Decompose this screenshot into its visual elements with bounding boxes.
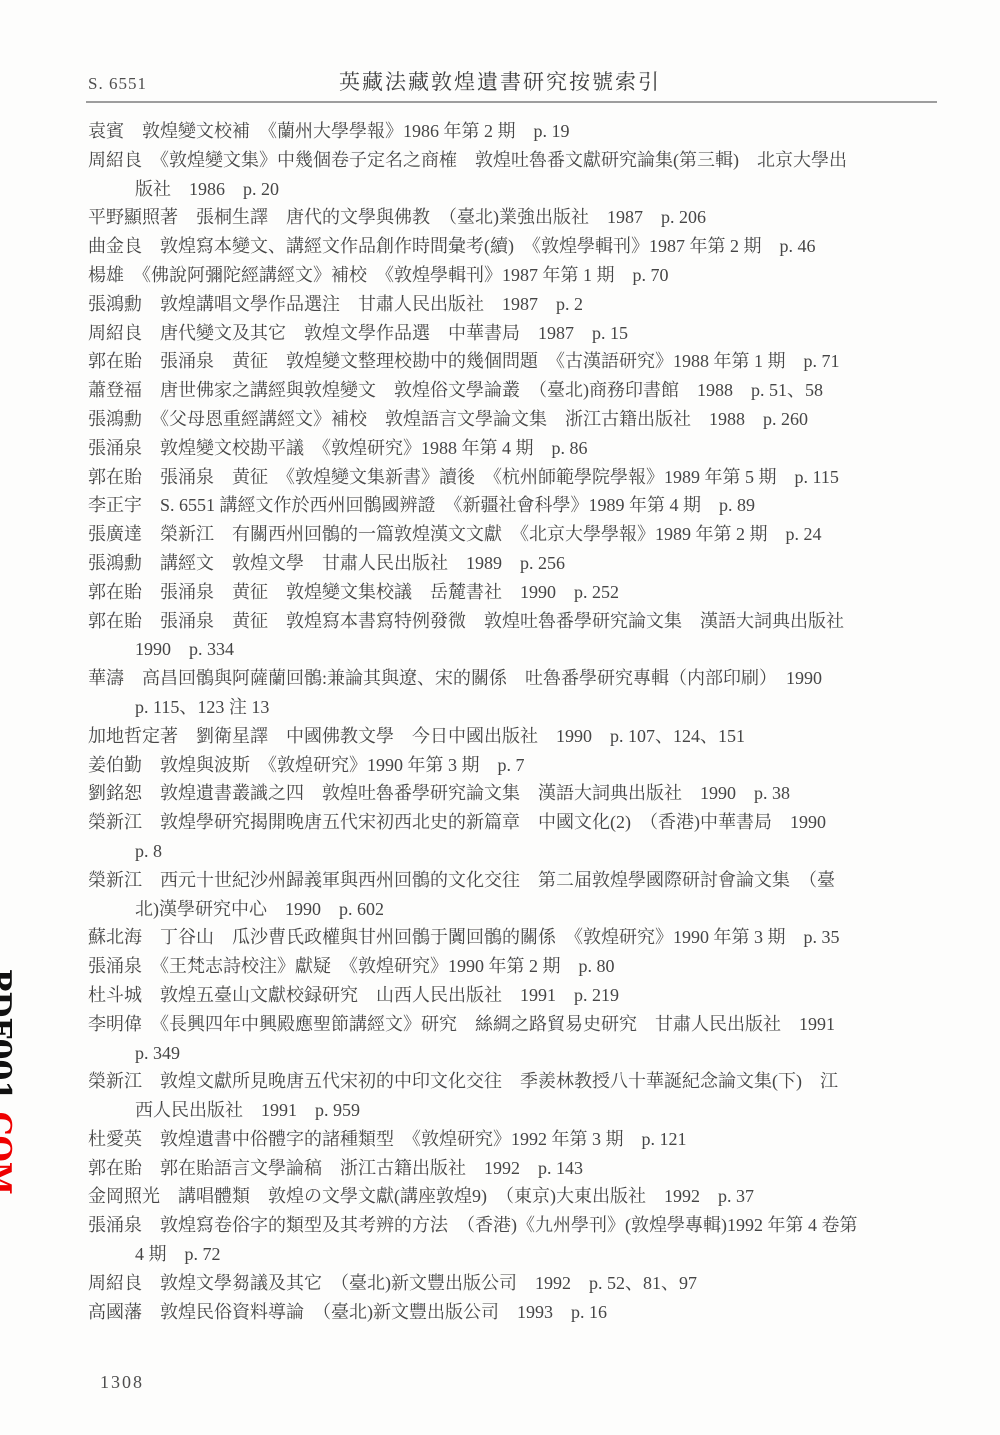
header-divider — [86, 101, 937, 103]
bibliography-entry: 張涌泉 敦煌變文校勘平議 《敦煌研究》1988 年第 4 期 p. 86 — [88, 434, 968, 463]
bibliography-entry: 姜伯勤 敦煌與波斯 《敦煌研究》1990 年第 3 期 p. 7 — [88, 751, 968, 780]
entry-continuation-line: p. 115、123 注 13 — [88, 693, 968, 722]
bibliography-entry: 蕭登福 唐世佛家之講經與敦煌變文 敦煌俗文學論叢 （臺北)商務印書館 1988 … — [88, 376, 968, 405]
bibliography-entry: 蘇北海 丁谷山 瓜沙曹氏政權與甘州回鶻于闐回鶻的關係 《敦煌研究》1990 年第… — [88, 923, 968, 952]
watermark-text-red: .COM — [0, 1101, 17, 1195]
bibliography-entry: 劉銘恕 敦煌遺書叢識之四 敦煌吐魯番學研究論文集 漢語大詞典出版社 1990 p… — [88, 779, 968, 808]
entry-first-line: 蕭登福 唐世佛家之講經與敦煌變文 敦煌俗文學論叢 （臺北)商務印書館 1988 … — [88, 376, 968, 405]
scanned-document-page: S. 6551 英藏法藏敦煌遺書研究按號索引 袁賓 敦煌變文校補 《蘭州大學學報… — [0, 0, 1000, 1435]
bibliography-entry: 加地哲定著 劉衛星譯 中國佛教文學 今日中國出版社 1990 p. 107、12… — [88, 722, 968, 751]
bibliography-entry: 郭在貽 郭在貽語言文學論稿 浙江古籍出版社 1992 p. 143 — [88, 1154, 968, 1183]
entry-first-line: 郭在貽 郭在貽語言文學論稿 浙江古籍出版社 1992 p. 143 — [88, 1154, 968, 1183]
bibliography-entry: 榮新江 西元十世紀沙州歸義軍與西州回鶻的文化交往 第二届敦煌學國際研討會論文集 … — [88, 866, 968, 924]
bibliography-entry: 張鴻勳 講經文 敦煌文學 甘肅人民出版社 1989 p. 256 — [88, 549, 968, 578]
entry-continuation-line: p. 349 — [88, 1039, 968, 1068]
entry-first-line: 郭在貽 張涌泉 黄征 敦煌變文集校議 岳麓書社 1990 p. 252 — [88, 578, 968, 607]
bibliography-entry: 楊雄 《佛說阿彌陀經講經文》補校 《敦煌學輯刊》1987 年第 1 期 p. 7… — [88, 261, 968, 290]
entry-first-line: 郭在貽 張涌泉 黄征 敦煌變文整理校勘中的幾個問題 《古漢語研究》1988 年第… — [88, 347, 968, 376]
entry-first-line: 周紹良 《敦煌變文集》中幾個卷子定名之商榷 敦煌吐魯番文獻研究論集(第三輯) 北… — [88, 146, 968, 175]
entry-continuation-line: 4 期 p. 72 — [88, 1240, 968, 1269]
bibliography-entry: 張涌泉 敦煌寫卷俗字的類型及其考辨的方法 （香港)《九州學刊》(敦煌學專輯)19… — [88, 1211, 968, 1269]
entry-first-line: 姜伯勤 敦煌與波斯 《敦煌研究》1990 年第 3 期 p. 7 — [88, 751, 968, 780]
entry-first-line: 張鴻勳 講經文 敦煌文學 甘肅人民出版社 1989 p. 256 — [88, 549, 968, 578]
bibliography-entry: 張鴻勳 《父母恩重經講經文》補校 敦煌語言文學論文集 浙江古籍出版社 1988 … — [88, 405, 968, 434]
entry-first-line: 高國藩 敦煌民俗資料導論 （臺北)新文豐出版公司 1993 p. 16 — [88, 1298, 968, 1327]
entry-first-line: 曲金良 敦煌寫本變文、講經文作品創作時間彙考(續) 《敦煌學輯刊》1987 年第… — [88, 232, 968, 261]
bibliography-entry: 郭在貽 張涌泉 黄征 敦煌變文整理校勘中的幾個問題 《古漢語研究》1988 年第… — [88, 347, 968, 376]
bibliography-entry: 杜愛英 敦煌遺書中俗體字的諸種類型 《敦煌研究》1992 年第 3 期 p. 1… — [88, 1125, 968, 1154]
entry-first-line: 張廣達 榮新江 有關西州回鶻的一篇敦煌漢文文獻 《北京大學學報》1989 年第 … — [88, 520, 968, 549]
bibliography-entry: 李明偉 《長興四年中興殿應聖節講經文》研究 絲綢之路貿易史研究 甘肅人民出版社 … — [88, 1010, 968, 1068]
entry-first-line: 榮新江 敦煌學研究揭開晚唐五代宋初西北史的新篇章 中國文化(2) （香港)中華書… — [88, 808, 968, 837]
entry-first-line: 杜斗城 敦煌五臺山文獻校録研究 山西人民出版社 1991 p. 219 — [88, 981, 968, 1010]
watermark-text-black: PDF001 — [0, 969, 17, 1102]
entry-first-line: 榮新江 敦煌文獻所見晚唐五代宋初的中印文化交往 季羨林教授八十華誕紀念論文集(下… — [88, 1067, 968, 1096]
entry-first-line: 周紹良 唐代變文及其它 敦煌文學作品選 中華書局 1987 p. 15 — [88, 319, 968, 348]
bibliography-entry: 李正宇 S. 6551 講經文作於西州回鶻國辨證 《新疆社會科學》1989 年第… — [88, 491, 968, 520]
entry-continuation-line: 西人民出版社 1991 p. 959 — [88, 1096, 968, 1125]
bibliography-entry: 郭在貽 張涌泉 黄征 敦煌變文集校議 岳麓書社 1990 p. 252 — [88, 578, 968, 607]
entry-continuation-line: 1990 p. 334 — [88, 635, 968, 664]
bibliography-entry: 周紹良 敦煌文學芻議及其它 （臺北)新文豐出版公司 1992 p. 52、81、… — [88, 1269, 968, 1298]
bibliography-entry: 張鴻勳 敦煌講唱文學作品選注 甘肅人民出版社 1987 p. 2 — [88, 290, 968, 319]
entry-first-line: 華濤 高昌回鶻與阿薩蘭回鶻:兼論其與遼、宋的關係 吐魯番學研究專輯（内部印刷） … — [88, 664, 968, 693]
entry-continuation-line: p. 8 — [88, 837, 968, 866]
bibliography-entry: 榮新江 敦煌文獻所見晚唐五代宋初的中印文化交往 季羨林教授八十華誕紀念論文集(下… — [88, 1067, 968, 1125]
bibliography-entry: 榮新江 敦煌學研究揭開晚唐五代宋初西北史的新篇章 中國文化(2) （香港)中華書… — [88, 808, 968, 866]
entry-first-line: 李明偉 《長興四年中興殿應聖節講經文》研究 絲綢之路貿易史研究 甘肅人民出版社 … — [88, 1010, 968, 1039]
entry-first-line: 張涌泉 《王梵志詩校注》獻疑 《敦煌研究》1990 年第 2 期 p. 80 — [88, 952, 968, 981]
bibliography-entry: 高國藩 敦煌民俗資料導論 （臺北)新文豐出版公司 1993 p. 16 — [88, 1298, 968, 1327]
bibliography-entry: 張涌泉 《王梵志詩校注》獻疑 《敦煌研究》1990 年第 2 期 p. 80 — [88, 952, 968, 981]
entry-first-line: 加地哲定著 劉衛星譯 中國佛教文學 今日中國出版社 1990 p. 107、12… — [88, 722, 968, 751]
entry-first-line: 杜愛英 敦煌遺書中俗體字的諸種類型 《敦煌研究》1992 年第 3 期 p. 1… — [88, 1125, 968, 1154]
entry-first-line: 李正宇 S. 6551 講經文作於西州回鶻國辨證 《新疆社會科學》1989 年第… — [88, 491, 968, 520]
bibliography-entry: 袁賓 敦煌變文校補 《蘭州大學學報》1986 年第 2 期 p. 19 — [88, 117, 968, 146]
entry-first-line: 蘇北海 丁谷山 瓜沙曹氏政權與甘州回鶻于闐回鶻的關係 《敦煌研究》1990 年第… — [88, 923, 968, 952]
page-title: 英藏法藏敦煌遺書研究按號索引 — [0, 66, 1000, 96]
bibliography-entry: 華濤 高昌回鶻與阿薩蘭回鶻:兼論其與遼、宋的關係 吐魯番學研究專輯（内部印刷） … — [88, 664, 968, 722]
entry-first-line: 平野顯照著 張桐生譯 唐代的文學與佛教 （臺北)業強出版社 1987 p. 20… — [88, 203, 968, 232]
entry-first-line: 郭在貽 張涌泉 黄征 《敦煌變文集新書》讀後 《杭州師範學院學報》1989 年第… — [88, 463, 968, 492]
entry-continuation-line: 版社 1986 p. 20 — [88, 175, 968, 204]
entry-first-line: 張涌泉 敦煌變文校勘平議 《敦煌研究》1988 年第 4 期 p. 86 — [88, 434, 968, 463]
entry-first-line: 楊雄 《佛說阿彌陀經講經文》補校 《敦煌學輯刊》1987 年第 1 期 p. 7… — [88, 261, 968, 290]
entry-first-line: 郭在貽 張涌泉 黄征 敦煌寫本書寫特例發微 敦煌吐魯番學研究論文集 漢語大詞典出… — [88, 607, 968, 636]
bibliography-entry: 平野顯照著 張桐生譯 唐代的文學與佛教 （臺北)業強出版社 1987 p. 20… — [88, 203, 968, 232]
watermark: PDF001.COM — [0, 927, 44, 1195]
entry-first-line: 周紹良 敦煌文學芻議及其它 （臺北)新文豐出版公司 1992 p. 52、81、… — [88, 1269, 968, 1298]
bibliography-entry: 曲金良 敦煌寫本變文、講經文作品創作時間彙考(續) 《敦煌學輯刊》1987 年第… — [88, 232, 968, 261]
bibliography-entry: 郭在貽 張涌泉 黄征 敦煌寫本書寫特例發微 敦煌吐魯番學研究論文集 漢語大詞典出… — [88, 607, 968, 665]
entry-first-line: 劉銘恕 敦煌遺書叢識之四 敦煌吐魯番學研究論文集 漢語大詞典出版社 1990 p… — [88, 779, 968, 808]
entry-first-line: 張鴻勳 敦煌講唱文學作品選注 甘肅人民出版社 1987 p. 2 — [88, 290, 968, 319]
bibliography-entry: 張廣達 榮新江 有關西州回鶻的一篇敦煌漢文文獻 《北京大學學報》1989 年第 … — [88, 520, 968, 549]
page-number: 1308 — [100, 1372, 144, 1393]
bibliography-entry: 郭在貽 張涌泉 黄征 《敦煌變文集新書》讀後 《杭州師範學院學報》1989 年第… — [88, 463, 968, 492]
bibliography-entry: 周紹良 《敦煌變文集》中幾個卷子定名之商榷 敦煌吐魯番文獻研究論集(第三輯) 北… — [88, 146, 968, 204]
bibliography-list: 袁賓 敦煌變文校補 《蘭州大學學報》1986 年第 2 期 p. 19周紹良 《… — [88, 117, 968, 1326]
bibliography-entry: 杜斗城 敦煌五臺山文獻校録研究 山西人民出版社 1991 p. 219 — [88, 981, 968, 1010]
bibliography-entry: 周紹良 唐代變文及其它 敦煌文學作品選 中華書局 1987 p. 15 — [88, 319, 968, 348]
entry-first-line: 榮新江 西元十世紀沙州歸義軍與西州回鶻的文化交往 第二届敦煌學國際研討會論文集 … — [88, 866, 968, 895]
entry-first-line: 袁賓 敦煌變文校補 《蘭州大學學報》1986 年第 2 期 p. 19 — [88, 117, 968, 146]
entry-continuation-line: 北)漢學研究中心 1990 p. 602 — [88, 895, 968, 924]
entry-first-line: 張鴻勳 《父母恩重經講經文》補校 敦煌語言文學論文集 浙江古籍出版社 1988 … — [88, 405, 968, 434]
entry-first-line: 金岡照光 講唱體類 敦煌の文學文獻(講座敦煌9) （東京)大東出版社 1992 … — [88, 1182, 968, 1211]
entry-first-line: 張涌泉 敦煌寫卷俗字的類型及其考辨的方法 （香港)《九州學刊》(敦煌學專輯)19… — [88, 1211, 968, 1240]
bibliography-entry: 金岡照光 講唱體類 敦煌の文學文獻(講座敦煌9) （東京)大東出版社 1992 … — [88, 1182, 968, 1211]
